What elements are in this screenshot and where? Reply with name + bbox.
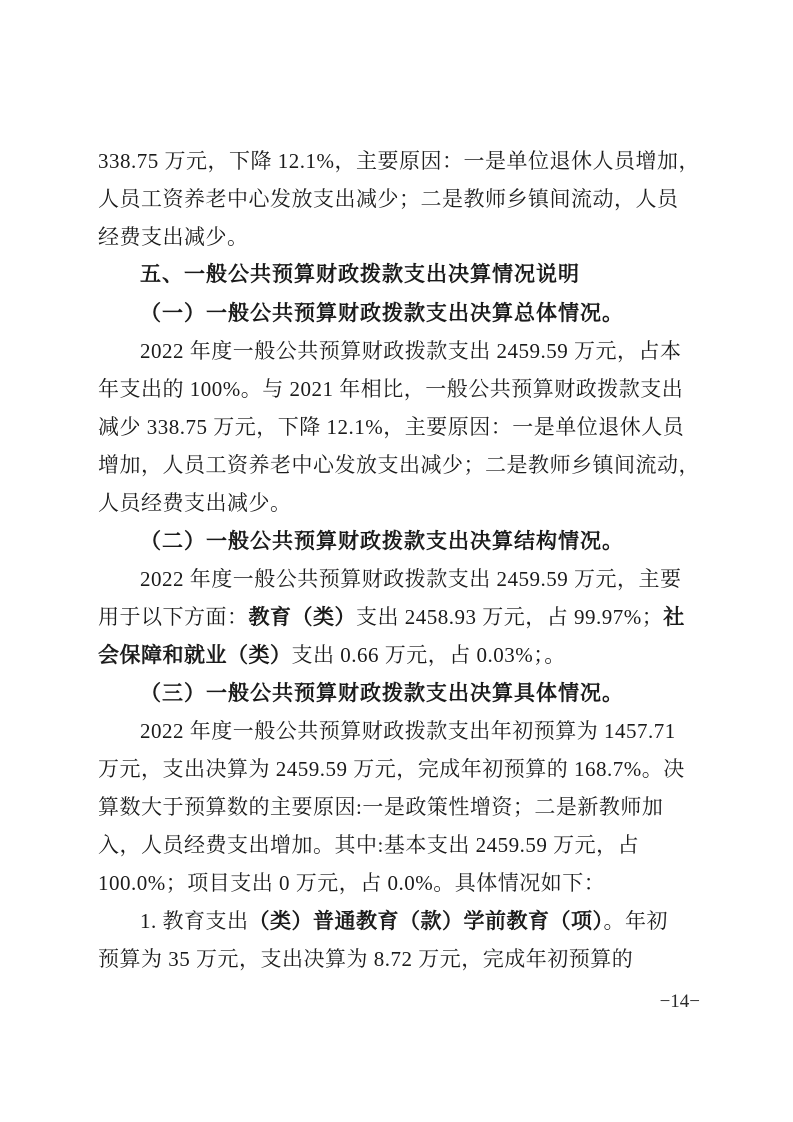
subsection-heading: （三）一般公共预算财政拨款支出决算具体情况。 xyxy=(98,674,700,712)
bold-text-run: （二）一般公共预算财政拨款支出决算结构情况。 xyxy=(140,529,624,553)
text-run: 支出 0.66 万元，占 0.03%；。 xyxy=(292,643,566,667)
document-body: 338.75 万元，下降 12.1%，主要原因：一是单位退休人员增加，人员工资养… xyxy=(98,142,700,978)
page-number: −14− xyxy=(660,990,700,1014)
text-run: 2022 年度一般公共预算财政拨款支出年初预算为 1457.71 xyxy=(140,719,676,743)
body-text-line: 算数大于预算数的主要原因:一是政策性增资；二是新教师加 xyxy=(98,788,700,826)
body-text-line: 预算为 35 万元，支出决算为 8.72 万元，完成年初预算的 xyxy=(98,940,700,978)
text-run: 100.0%；项目支出 0 万元，占 0.0%。具体情况如下： xyxy=(98,871,605,895)
text-run: 人员经费支出减少。 xyxy=(98,491,292,515)
subsection-heading: （二）一般公共预算财政拨款支出决算结构情况。 xyxy=(98,522,700,560)
text-run: 用于以下方面： xyxy=(98,605,249,629)
text-run: 2022 年度一般公共预算财政拨款支出 2459.59 万元，主要 xyxy=(140,567,682,591)
body-text-line: 1. 教育支出（类）普通教育（款）学前教育（项）。年初 xyxy=(98,902,700,940)
body-text-line: 人员工资养老中心发放支出减少；二是教师乡镇间流动，人员 xyxy=(98,180,700,218)
subsection-heading: （一）一般公共预算财政拨款支出决算总体情况。 xyxy=(98,294,700,332)
text-run: 算数大于预算数的主要原因:一是政策性增资；二是新教师加 xyxy=(98,795,663,819)
bold-text-run: 社 xyxy=(663,605,685,629)
bold-text-run: 会保障和就业（类） xyxy=(98,643,292,667)
text-run: 经费支出减少。 xyxy=(98,225,249,249)
text-run: 。年初 xyxy=(604,909,669,933)
body-text-line: 经费支出减少。 xyxy=(98,218,700,256)
body-text-line: 万元，支出决算为 2459.59 万元，完成年初预算的 168.7%。决 xyxy=(98,750,700,788)
body-text-line: 会保障和就业（类）支出 0.66 万元，占 0.03%；。 xyxy=(98,636,700,674)
body-text-line: 338.75 万元，下降 12.1%，主要原因：一是单位退休人员增加， xyxy=(98,142,700,180)
text-run: 减少 338.75 万元，下降 12.1%，主要原因：一是单位退休人员 xyxy=(98,415,684,439)
body-text-line: 2022 年度一般公共预算财政拨款支出年初预算为 1457.71 xyxy=(98,712,700,750)
text-run: 预算为 35 万元，支出决算为 8.72 万元，完成年初预算的 xyxy=(98,947,633,971)
bold-text-run: 教育（类） xyxy=(249,605,357,629)
bold-text-run: （一）一般公共预算财政拨款支出决算总体情况。 xyxy=(140,301,624,325)
text-run: 1. 教育支出 xyxy=(140,909,249,933)
body-text-line: 100.0%；项目支出 0 万元，占 0.0%。具体情况如下： xyxy=(98,864,700,902)
body-text-line: 减少 338.75 万元，下降 12.1%，主要原因：一是单位退休人员 xyxy=(98,408,700,446)
text-run: 入，人员经费支出增加。其中:基本支出 2459.59 万元，占 xyxy=(98,833,639,857)
text-run: 增加，人员工资养老中心发放支出减少；二是教师乡镇间流动， xyxy=(98,453,700,477)
bold-text-run: （类）普通教育（款）学前教育（项） xyxy=(249,909,604,933)
body-text-line: 2022 年度一般公共预算财政拨款支出 2459.59 万元，主要 xyxy=(98,560,700,598)
text-run: 2022 年度一般公共预算财政拨款支出 2459.59 万元，占本 xyxy=(140,339,682,363)
text-run: 人员工资养老中心发放支出减少；二是教师乡镇间流动，人员 xyxy=(98,187,679,211)
body-text-line: 用于以下方面：教育（类）支出 2458.93 万元，占 99.97%；社 xyxy=(98,598,700,636)
body-text-line: 入，人员经费支出增加。其中:基本支出 2459.59 万元，占 xyxy=(98,826,700,864)
text-run: 万元，支出决算为 2459.59 万元，完成年初预算的 168.7%。决 xyxy=(98,757,685,781)
body-text-line: 增加，人员工资养老中心发放支出减少；二是教师乡镇间流动， xyxy=(98,446,700,484)
section-heading: 五、一般公共预算财政拨款支出决算情况说明 xyxy=(98,256,700,294)
body-text-line: 人员经费支出减少。 xyxy=(98,484,700,522)
text-run: 年支出的 100%。与 2021 年相比，一般公共预算财政拨款支出 xyxy=(98,377,683,401)
bold-text-run: 五、一般公共预算财政拨款支出决算情况说明 xyxy=(140,263,580,286)
text-run: 338.75 万元，下降 12.1%，主要原因：一是单位退休人员增加， xyxy=(98,149,700,173)
document-page: 338.75 万元，下降 12.1%，主要原因：一是单位退休人员增加，人员工资养… xyxy=(0,0,793,1122)
body-text-line: 2022 年度一般公共预算财政拨款支出 2459.59 万元，占本 xyxy=(98,332,700,370)
bold-text-run: （三）一般公共预算财政拨款支出决算具体情况。 xyxy=(140,681,624,705)
body-text-line: 年支出的 100%。与 2021 年相比，一般公共预算财政拨款支出 xyxy=(98,370,700,408)
text-run: 支出 2458.93 万元，占 99.97%； xyxy=(356,605,663,629)
